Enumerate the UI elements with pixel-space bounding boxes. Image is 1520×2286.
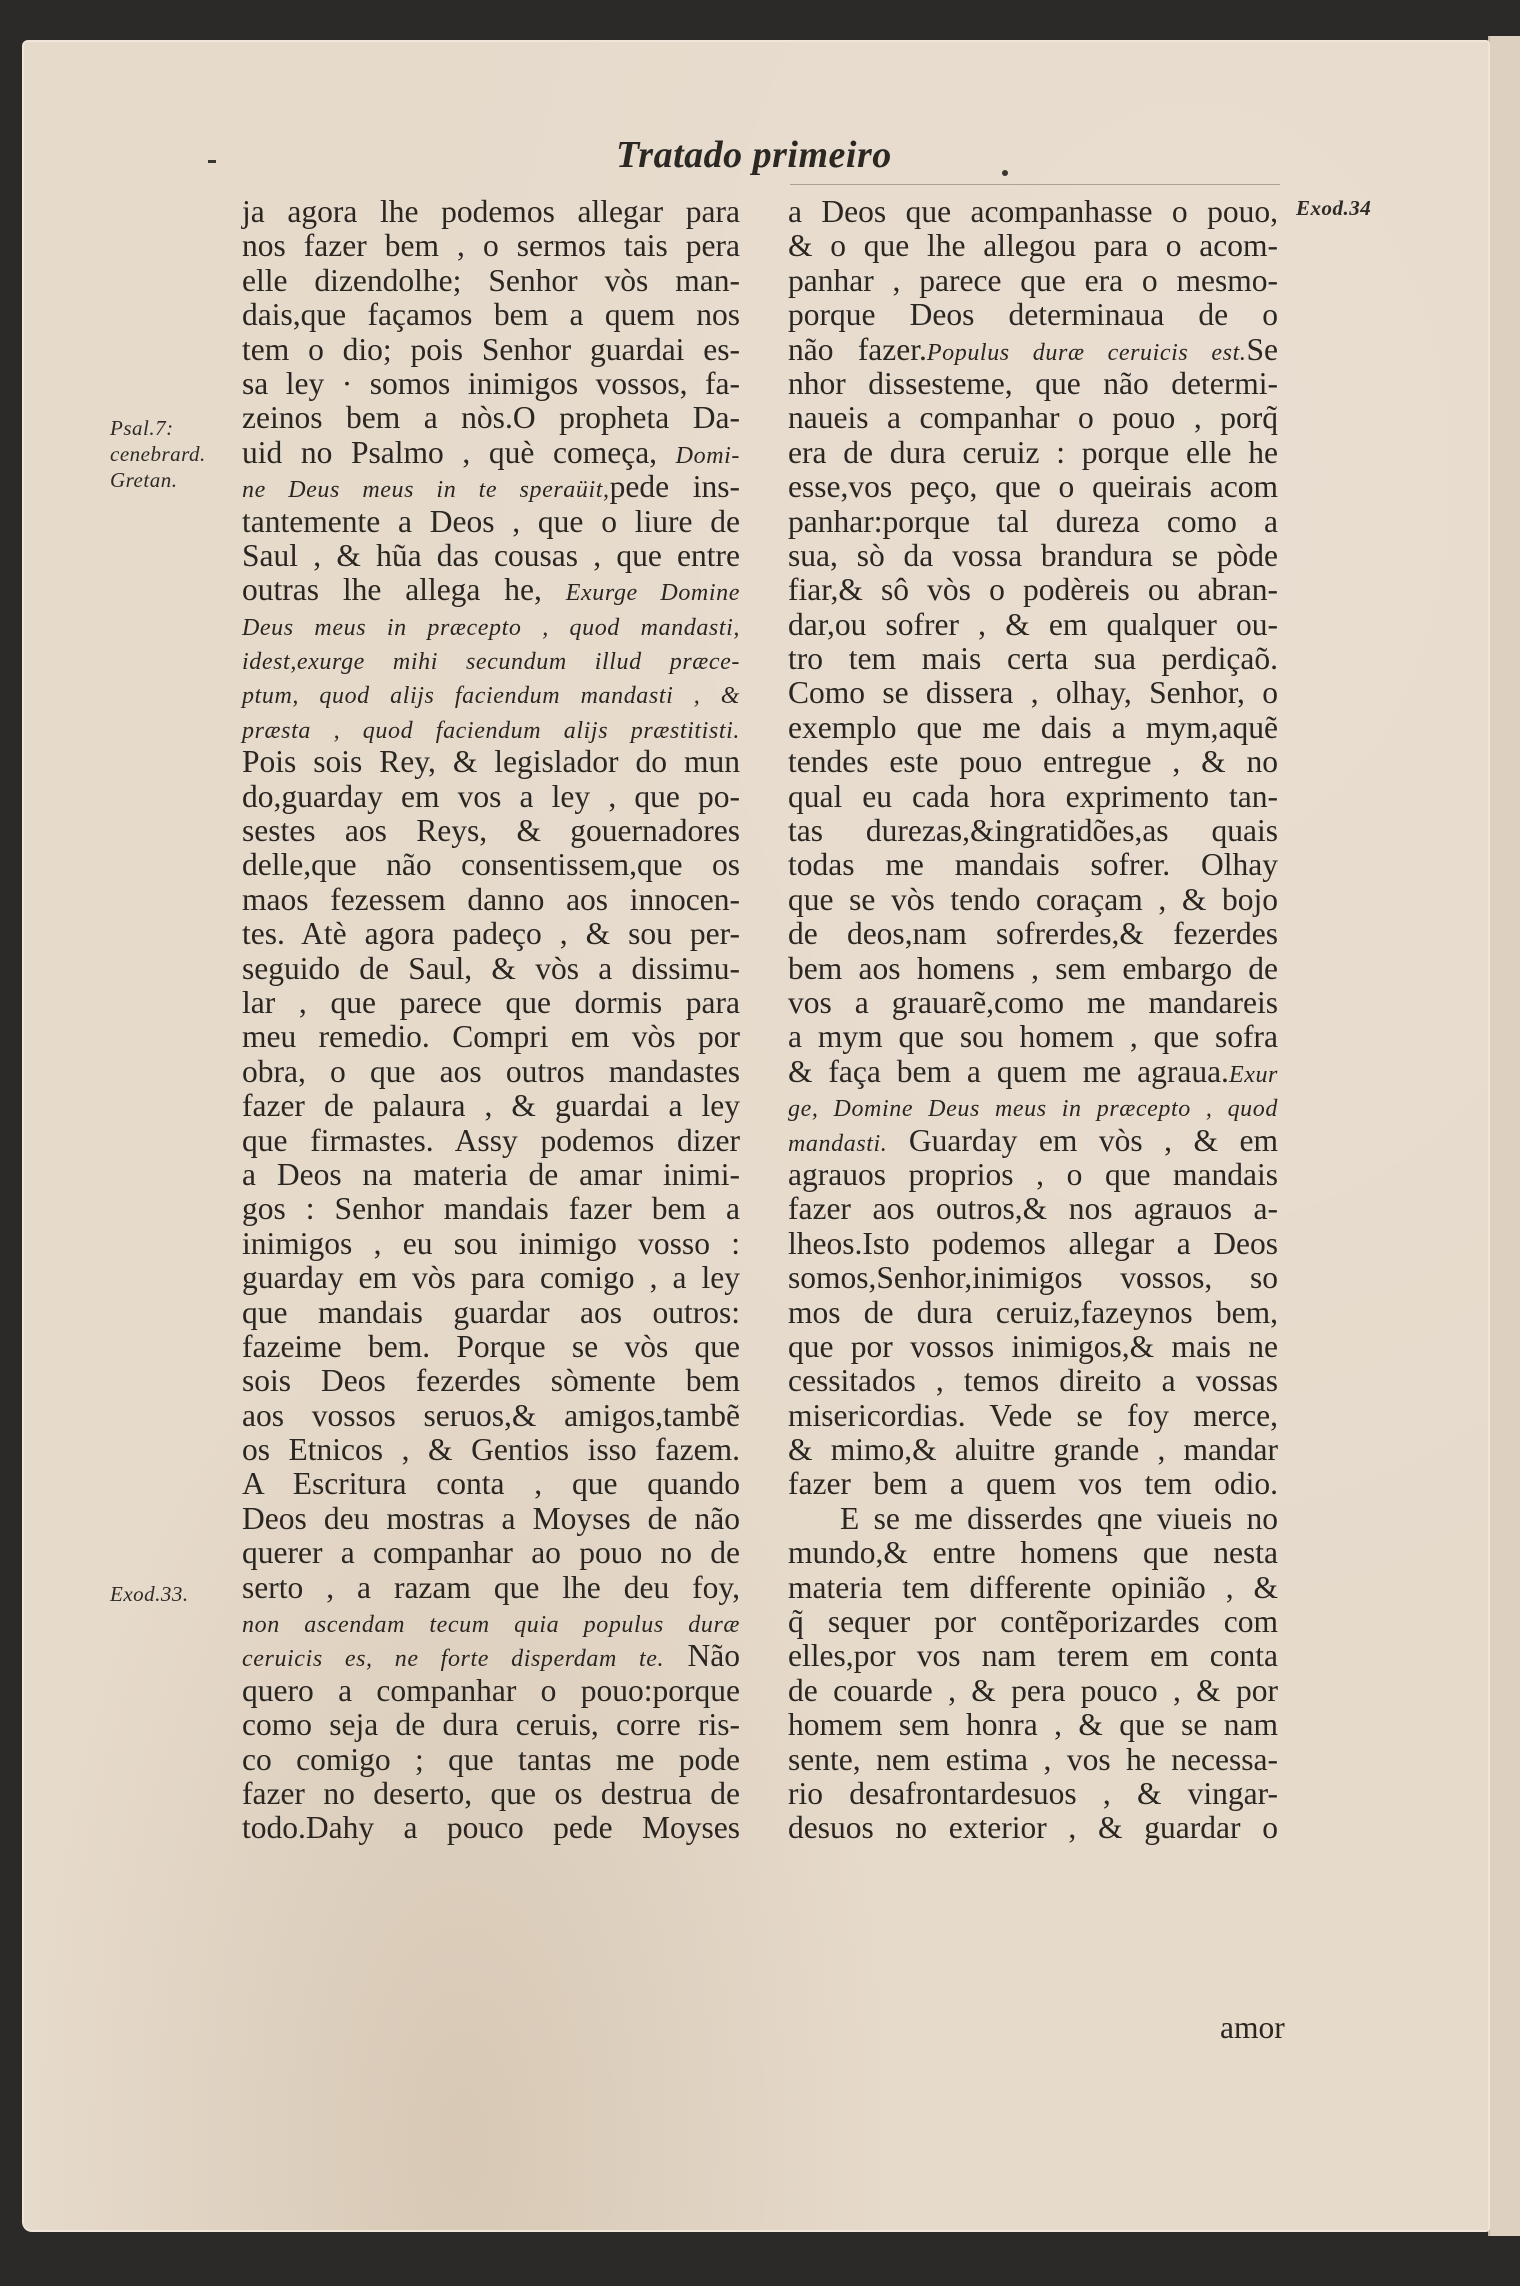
latin-quote: ne Deus meus in te speraüit,	[242, 477, 610, 503]
text-line: que por vossos inimigos,& mais ne	[788, 1330, 1278, 1364]
text-run: quero a companhar o pouo:porque	[242, 1673, 740, 1708]
text-run: homem sem honra , & que se nam	[788, 1707, 1278, 1742]
latin-quote: non ascendam tecum quia populus duræ	[242, 1612, 740, 1638]
text-line: de deos,nam sofrerdes,& fezerdes	[788, 917, 1278, 951]
text-run: nhor dissesteme, que não determi-	[788, 366, 1278, 401]
text-line: fazer no deserto, que os destrua de	[242, 1777, 740, 1811]
text-run: Se	[1247, 332, 1279, 367]
text-run: seguido de Saul, & vòs a dissimu-	[242, 951, 740, 986]
text-line: rio desafrontardesuos , & vingar-	[788, 1777, 1278, 1811]
text-run: & mimo,& aluitre grande , mandar	[788, 1432, 1278, 1467]
text-run: todo.Dahy a pouco pede Moyses	[242, 1810, 740, 1845]
text-run: uid no Psalmo , què começa,	[242, 435, 676, 470]
latin-quote: Deus meus in præcepto , quod mandasti,	[242, 615, 740, 641]
text-run: a Deos que acompanhasse o pouo,	[788, 194, 1278, 229]
latin-quote: Populus duræ ceruicis est.	[927, 340, 1247, 366]
text-run: porque Deos determinaua de o	[788, 297, 1278, 332]
text-run: Como se dissera , olhay, Senhor, o	[788, 675, 1278, 710]
text-run: lar , que parece que dormis para	[242, 985, 740, 1020]
text-run: E se me disserdes qne viueis no	[840, 1501, 1278, 1536]
text-run: inimigos , eu sou inimigo vosso :	[242, 1226, 740, 1261]
text-run: panhar , parece que era o mesmo-	[788, 263, 1278, 298]
text-line: nhor dissesteme, que não determi-	[788, 367, 1278, 401]
text-run: agrauos proprios , o que mandais	[788, 1157, 1278, 1192]
text-line: zeinos bem a nòs.O propheta Da-	[242, 401, 740, 435]
text-run: a Deos na materia de amar inimi-	[242, 1157, 740, 1192]
text-line: & o que lhe allegou para o acom-	[788, 229, 1278, 263]
text-line: naueis a companhar o pouo , porq̃	[788, 401, 1278, 435]
text-run: gos : Senhor mandais fazer bem a	[242, 1191, 740, 1226]
text-run: materia tem differente opinião , &	[788, 1570, 1278, 1605]
text-run: & o que lhe allegou para o acom-	[788, 228, 1278, 263]
text-run: tes. Atè agora padeço , & sou per-	[242, 916, 740, 951]
text-run: que mandais guardar aos outros:	[242, 1295, 740, 1330]
text-run: bem aos homens , sem embargo de	[788, 951, 1278, 986]
text-line: dais,que façamos bem a quem nos	[242, 298, 740, 332]
text-line: delle,que não consentissem,que os	[242, 848, 740, 882]
text-run: fazeime bem. Porque se vòs que	[242, 1329, 740, 1364]
latin-quote: ceruicis es, ne forte disperdam te.	[242, 1646, 664, 1672]
text-run: misericordias. Vede se foy merce,	[788, 1398, 1278, 1433]
text-line: exemplo que me dais a mym,aquẽ	[788, 711, 1278, 745]
text-line: tantemente a Deos , que o liure de	[242, 505, 740, 539]
text-run: co comigo ; que tantas me pode	[242, 1742, 740, 1777]
text-line: porque Deos determinaua de o	[788, 298, 1278, 332]
text-line: sente, nem estima , vos he necessa-	[788, 1743, 1278, 1777]
text-run: guarday em vòs para comigo , a ley	[242, 1260, 740, 1295]
text-run: aos vossos seruos,& amigos,tambẽ	[242, 1398, 740, 1433]
text-line: sestes aos Reys, & gouernadores	[242, 814, 740, 848]
text-line: esse,vos peço, que o queirais acom	[788, 470, 1278, 504]
text-run: mundo,& entre homens que nesta	[788, 1535, 1278, 1570]
text-run: & faça bem a quem me agraua.	[788, 1054, 1229, 1089]
text-run: meu remedio. Compri em vòs por	[242, 1019, 740, 1054]
text-line: fazer de palaura , & guardai a ley	[242, 1089, 740, 1123]
text-line: lar , que parece que dormis para	[242, 986, 740, 1020]
text-run: fazer de palaura , & guardai a ley	[242, 1088, 740, 1123]
catchword: amor	[1220, 2011, 1280, 2045]
text-run: todas me mandais sofrer. Olhay	[788, 847, 1278, 882]
text-run: somos,Senhor,inimigos vossos, so	[788, 1260, 1278, 1295]
text-line: ceruicis es, ne forte disperdam te. Não	[242, 1639, 740, 1673]
text-line: todo.Dahy a pouco pede Moyses	[242, 1811, 740, 1845]
rule-line	[790, 184, 1280, 185]
text-line: materia tem differente opinião , &	[788, 1571, 1278, 1605]
latin-quote: idest,exurge mihi secundum illud præce-	[242, 649, 740, 675]
text-run: não fazer.	[788, 332, 927, 367]
text-line: ptum, quod alijs faciendum mandasti , &	[242, 676, 740, 710]
text-line: lheos.Isto podemos allegar a Deos	[788, 1227, 1278, 1261]
text-line: non ascendam tecum quia populus duræ	[242, 1605, 740, 1639]
text-line: meu remedio. Compri em vòs por	[242, 1020, 740, 1054]
text-run: os Etnicos , & Gentios isso fazem.	[242, 1432, 740, 1467]
text-line: querer a companhar ao pouo no de	[242, 1536, 740, 1570]
ink-mark	[208, 160, 216, 163]
margin-note-exod34: Exod.34	[1296, 196, 1371, 220]
latin-quote: Exurge Domine	[566, 580, 740, 606]
text-run: naueis a companhar o pouo , porq̃	[788, 400, 1278, 435]
latin-quote: Exur	[1229, 1062, 1278, 1088]
text-line: ge, Domine Deus meus in præcepto , quod	[788, 1089, 1278, 1123]
ink-mark	[1002, 170, 1008, 176]
text-run: Guarday em vòs , & em	[887, 1123, 1278, 1158]
text-run: era de dura ceruiz : porque elle he	[788, 435, 1278, 470]
text-line: q̃ sequer por contẽporizardes com	[788, 1605, 1278, 1639]
text-line: mandasti. Guarday em vòs , & em	[788, 1124, 1278, 1158]
text-run: delle,que não consentissem,que os	[242, 847, 740, 882]
text-run: que por vossos inimigos,& mais ne	[788, 1329, 1278, 1364]
text-line: fazer bem a quem vos tem odio.	[788, 1467, 1278, 1501]
text-line: era de dura ceruiz : porque elle he	[788, 436, 1278, 470]
text-line: idest,exurge mihi secundum illud præce-	[242, 642, 740, 676]
text-run: fazer no deserto, que os destrua de	[242, 1776, 740, 1811]
text-run: fazer bem a quem vos tem odio.	[788, 1466, 1278, 1501]
text-line: ne Deus meus in te speraüit,pede ins-	[242, 470, 740, 504]
text-run: tas durezas,&ingratidões,as quais	[788, 813, 1278, 848]
text-run: cessitados , temos direito a vossas	[788, 1363, 1278, 1398]
text-line: quero a companhar o pouo:porque	[242, 1674, 740, 1708]
text-line: qual eu cada hora exprimento tan-	[788, 780, 1278, 814]
text-line: A Escritura conta , que quando	[242, 1467, 740, 1501]
text-line: cessitados , temos direito a vossas	[788, 1364, 1278, 1398]
text-run: tendes este pouo entregue , & no	[788, 744, 1278, 779]
text-line: Pois sois Rey, & legislador do mun	[242, 745, 740, 779]
text-line: desuos no exterior , & guardar o	[788, 1811, 1278, 1845]
text-line: fazeime bem. Porque se vòs que	[242, 1330, 740, 1364]
text-line: panhar , parece que era o mesmo-	[788, 264, 1278, 298]
text-run: zeinos bem a nòs.O propheta Da-	[242, 400, 740, 435]
text-run: tem o dio; pois Senhor guardai es-	[242, 332, 740, 367]
text-line: uid no Psalmo , què começa, Domi-	[242, 436, 740, 470]
text-line: agrauos proprios , o que mandais	[788, 1158, 1278, 1192]
text-line: Deos deu mostras a Moyses de não	[242, 1502, 740, 1536]
text-line: do,guarday em vos a ley , que po-	[242, 780, 740, 814]
text-line: vos a grauarẽ,como me mandareis	[788, 986, 1278, 1020]
text-run: A Escritura conta , que quando	[242, 1466, 740, 1501]
text-run: fazer aos outros,& nos agrauos a-	[788, 1191, 1278, 1226]
text-run: serto , a razam que lhe deu foy,	[242, 1570, 740, 1605]
margin-note-gretan: Gretan.	[110, 468, 177, 492]
text-line: bem aos homens , sem embargo de	[788, 952, 1278, 986]
text-line: a Deos que acompanhasse o pouo,	[788, 195, 1278, 229]
text-run: sente, nem estima , vos he necessa-	[788, 1742, 1278, 1777]
text-run: tro tem mais certa sua perdiçaõ.	[788, 641, 1278, 676]
text-line: elle dizendolhe; Senhor vòs man-	[242, 264, 740, 298]
text-line: de couarde , & pera pouco , & por	[788, 1674, 1278, 1708]
text-run: vos a grauarẽ,como me mandareis	[788, 985, 1278, 1020]
text-run: que firmastes. Assy podemos dizer	[242, 1123, 740, 1158]
text-run: dais,que façamos bem a quem nos	[242, 297, 740, 332]
text-run: qual eu cada hora exprimento tan-	[788, 779, 1278, 814]
text-run: exemplo que me dais a mym,aquẽ	[788, 710, 1278, 745]
text-line: & faça bem a quem me agraua.Exur	[788, 1055, 1278, 1089]
text-line: tas durezas,&ingratidões,as quais	[788, 814, 1278, 848]
text-line: os Etnicos , & Gentios isso fazem.	[242, 1433, 740, 1467]
text-run: elle dizendolhe; Senhor vòs man-	[242, 263, 740, 298]
text-line: dar,ou sofrer , & em qualquer ou-	[788, 608, 1278, 642]
text-line: sa ley · somos inimigos vossos, fa-	[242, 367, 740, 401]
text-run: do,guarday em vos a ley , que po-	[242, 779, 740, 814]
text-line: nos fazer bem , o sermos tais pera	[242, 229, 740, 263]
text-run: panhar:porque tal dureza como a	[788, 504, 1278, 539]
text-line: que se vòs tendo coraçam , & bojo	[788, 883, 1278, 917]
text-run: nos fazer bem , o sermos tais pera	[242, 228, 740, 263]
margin-note-cenebrard: cenebrard.	[110, 442, 206, 466]
text-line: elles,por vos nam terem em conta	[788, 1639, 1278, 1673]
text-line: serto , a razam que lhe deu foy,	[242, 1571, 740, 1605]
text-line: que firmastes. Assy podemos dizer	[242, 1124, 740, 1158]
text-line: E se me disserdes qne viueis no	[788, 1502, 1278, 1536]
text-line: præsta , quod faciendum alijs præstitist…	[242, 711, 740, 745]
latin-quote: ge, Domine Deus meus in præcepto , quod	[788, 1096, 1278, 1122]
text-line: sua, sò da vossa brandura se pòde	[788, 539, 1278, 573]
text-run: Saul , & hũa das cousas , que entre	[242, 538, 740, 573]
text-run: ja agora lhe podemos allegar para	[242, 194, 740, 229]
text-run: obra, o que aos outros mandastes	[242, 1054, 740, 1089]
text-line: fazer aos outros,& nos agrauos a-	[788, 1192, 1278, 1226]
right-text-column: a Deos que acompanhasse o pouo,& o que l…	[788, 195, 1278, 1846]
text-line: homem sem honra , & que se nam	[788, 1708, 1278, 1742]
latin-quote: mandasti.	[788, 1131, 887, 1157]
text-line: aos vossos seruos,& amigos,tambẽ	[242, 1399, 740, 1433]
text-line: que mandais guardar aos outros:	[242, 1296, 740, 1330]
text-line: outras lhe allega he, Exurge Domine	[242, 573, 740, 607]
text-run: querer a companhar ao pouo no de	[242, 1535, 740, 1570]
text-line: mundo,& entre homens que nesta	[788, 1536, 1278, 1570]
text-line: tes. Atè agora padeço , & sou per-	[242, 917, 740, 951]
text-run: sestes aos Reys, & gouernadores	[242, 813, 740, 848]
text-line: misericordias. Vede se foy merce,	[788, 1399, 1278, 1433]
text-run: sois Deos fezerdes sòmente bem	[242, 1363, 740, 1398]
text-run: lheos.Isto podemos allegar a Deos	[788, 1226, 1278, 1261]
text-line: guarday em vòs para comigo , a ley	[242, 1261, 740, 1295]
text-line: obra, o que aos outros mandastes	[242, 1055, 740, 1089]
text-line: ja agora lhe podemos allegar para	[242, 195, 740, 229]
text-run: maos fezessem danno aos innocen-	[242, 882, 740, 917]
text-run: tantemente a Deos , que o liure de	[242, 504, 740, 539]
text-run: Pois sois Rey, & legislador do mun	[242, 744, 740, 779]
text-line: tendes este pouo entregue , & no	[788, 745, 1278, 779]
text-run: fiar,& sô vòs o podèreis ou abran-	[788, 572, 1278, 607]
text-run: sua, sò da vossa brandura se pòde	[788, 538, 1278, 573]
text-run: a mym que sou homem , que sofra	[788, 1019, 1278, 1054]
text-line: gos : Senhor mandais fazer bem a	[242, 1192, 740, 1226]
text-line: todas me mandais sofrer. Olhay	[788, 848, 1278, 882]
text-line: somos,Senhor,inimigos vossos, so	[788, 1261, 1278, 1295]
text-run: como seja de dura ceruis, corre ris-	[242, 1707, 740, 1742]
text-line: & mimo,& aluitre grande , mandar	[788, 1433, 1278, 1467]
latin-quote: Domi-	[676, 443, 740, 469]
text-line: maos fezessem danno aos innocen-	[242, 883, 740, 917]
text-run: Não	[664, 1638, 740, 1673]
margin-note-exod33: Exod.33.	[110, 1582, 189, 1606]
text-line: seguido de Saul, & vòs a dissimu-	[242, 952, 740, 986]
text-run: sa ley · somos inimigos vossos, fa-	[242, 366, 740, 401]
text-line: panhar:porque tal dureza como a	[788, 505, 1278, 539]
text-line: como seja de dura ceruis, corre ris-	[242, 1708, 740, 1742]
text-run: de couarde , & pera pouco , & por	[788, 1673, 1278, 1708]
text-line: Como se dissera , olhay, Senhor, o	[788, 676, 1278, 710]
text-line: fiar,& sô vòs o podèreis ou abran-	[788, 573, 1278, 607]
left-text-column: ja agora lhe podemos allegar paranos faz…	[242, 195, 740, 1846]
text-run: mos de dura ceruiz,fazeynos bem,	[788, 1295, 1278, 1330]
text-line: a mym que sou homem , que sofra	[788, 1020, 1278, 1054]
text-run: esse,vos peço, que o queirais acom	[788, 469, 1278, 504]
margin-note-psal: Psal.7:	[110, 416, 174, 440]
text-line: tro tem mais certa sua perdiçaõ.	[788, 642, 1278, 676]
text-line: não fazer.Populus duræ ceruicis est.Se	[788, 333, 1278, 367]
text-run: outras lhe allega he,	[242, 572, 566, 607]
text-line: sois Deos fezerdes sòmente bem	[242, 1364, 740, 1398]
text-line: tem o dio; pois Senhor guardai es-	[242, 333, 740, 367]
latin-quote: præsta , quod faciendum alijs præstitist…	[242, 718, 740, 744]
text-run: desuos no exterior , & guardar o	[788, 1810, 1278, 1845]
text-run: dar,ou sofrer , & em qualquer ou-	[788, 607, 1278, 642]
text-line: Deus meus in præcepto , quod mandasti,	[242, 608, 740, 642]
text-run: Deos deu mostras a Moyses de não	[242, 1501, 740, 1536]
text-run: de deos,nam sofrerdes,& fezerdes	[788, 916, 1278, 951]
text-run: que se vòs tendo coraçam , & bojo	[788, 882, 1278, 917]
next-page-edge	[1488, 36, 1520, 2236]
running-head: Tratado primeiro	[616, 133, 892, 177]
text-run: q̃ sequer por contẽporizardes com	[788, 1604, 1278, 1639]
text-run: rio desafrontardesuos , & vingar-	[788, 1776, 1278, 1811]
text-line: mos de dura ceruiz,fazeynos bem,	[788, 1296, 1278, 1330]
text-line: co comigo ; que tantas me pode	[242, 1743, 740, 1777]
text-run: elles,por vos nam terem em conta	[788, 1638, 1278, 1673]
text-run: pede ins-	[610, 469, 740, 504]
text-line: Saul , & hũa das cousas , que entre	[242, 539, 740, 573]
text-line: inimigos , eu sou inimigo vosso :	[242, 1227, 740, 1261]
text-line: a Deos na materia de amar inimi-	[242, 1158, 740, 1192]
latin-quote: ptum, quod alijs faciendum mandasti , &	[242, 683, 740, 709]
